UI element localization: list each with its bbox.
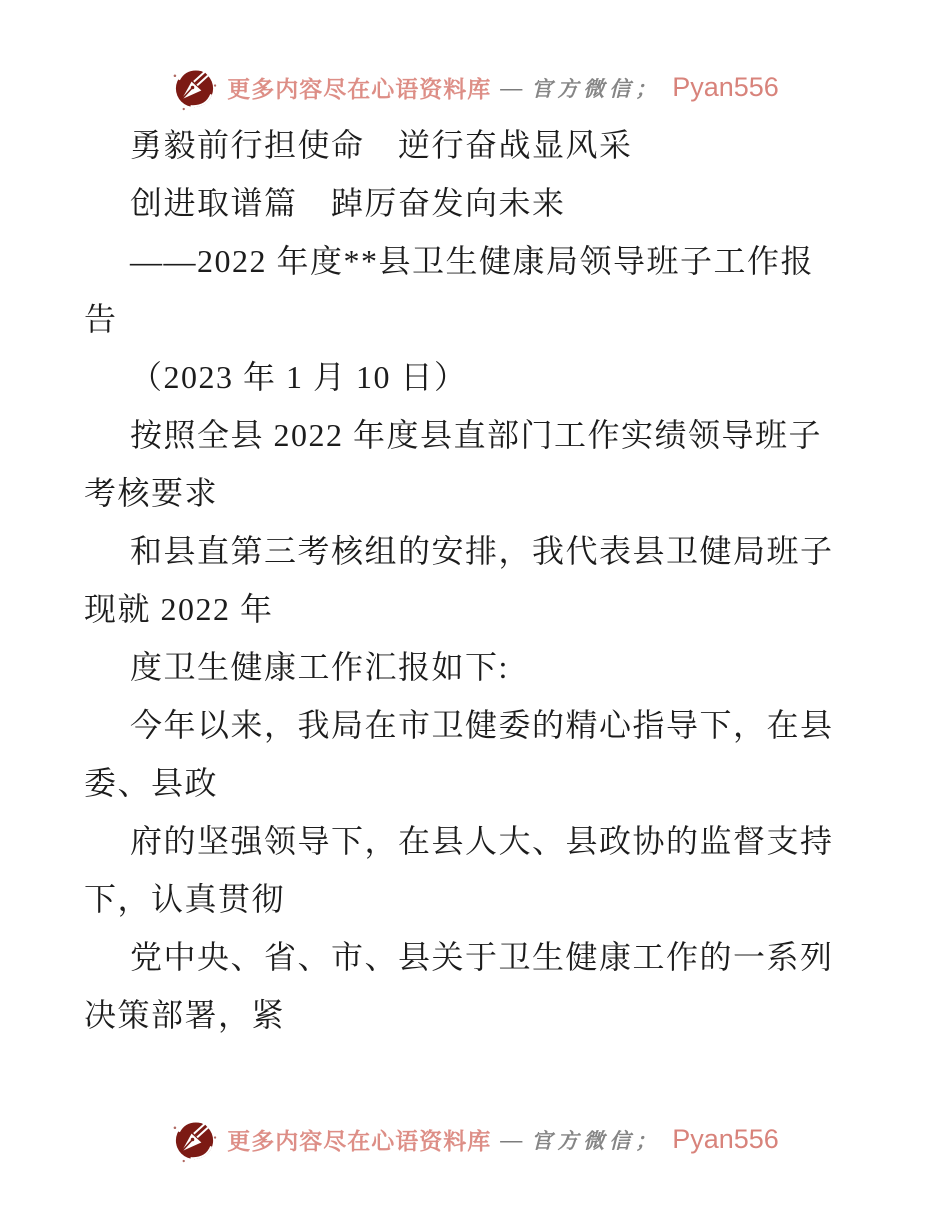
text-line: 和县直第三考核组的安排，我代表县卫健局班子: [84, 522, 874, 580]
text-line: 府的坚强领导下，在县人大、县政协的监督支持: [84, 812, 874, 870]
pen-nib-logo-icon: [171, 64, 218, 111]
brand-text: 更多内容尽在心语资料库: [227, 1123, 491, 1156]
footer-watermark: 更多内容尽在心语资料库 — 官方微信； Pyan556: [0, 1116, 950, 1163]
dash-separator: —: [500, 1127, 522, 1153]
document-body: 勇毅前行担使命 逆行奋战显风采 创进取谱篇 踔厉奋发向未来 ——2022 年度*…: [84, 116, 874, 1044]
text-line: 今年以来，我局在市卫健委的精心指导下，在县: [84, 696, 874, 754]
text-line: 决策部署，紧: [84, 986, 874, 1044]
text-line: 下，认真贯彻: [84, 870, 874, 928]
text-line-date: （2023 年 1 月 10 日）: [84, 348, 874, 406]
wechat-id: Pyan556: [672, 1124, 779, 1155]
text-line: 党中央、省、市、县关于卫生健康工作的一系列: [84, 928, 874, 986]
wechat-id: Pyan556: [672, 72, 779, 103]
brand-text: 更多内容尽在心语资料库: [227, 71, 491, 104]
text-line: 按照全县 2022 年度县直部门工作实绩领导班子: [84, 406, 874, 464]
header-watermark: 更多内容尽在心语资料库 — 官方微信； Pyan556: [0, 64, 950, 111]
pen-nib-logo-icon: [171, 1116, 218, 1163]
text-line-subtitle: ——2022 年度**县卫生健康局领导班子工作报: [84, 232, 874, 290]
text-line-title-1: 勇毅前行担使命 逆行奋战显风采: [84, 116, 874, 174]
text-line: 现就 2022 年: [84, 580, 874, 638]
text-line: 考核要求: [84, 464, 874, 522]
text-line: 委、县政: [84, 754, 874, 812]
text-line: 度卫生健康工作汇报如下:: [84, 638, 874, 696]
text-line-title-2: 创进取谱篇 踔厉奋发向未来: [84, 174, 874, 232]
wechat-label: 官方微信；: [531, 1125, 661, 1155]
text-line: 告: [84, 290, 874, 348]
wechat-label: 官方微信；: [531, 73, 661, 103]
document-page: 更多内容尽在心语资料库 — 官方微信； Pyan556 勇毅前行担使命 逆行奋战…: [0, 0, 950, 1230]
dash-separator: —: [500, 75, 522, 101]
